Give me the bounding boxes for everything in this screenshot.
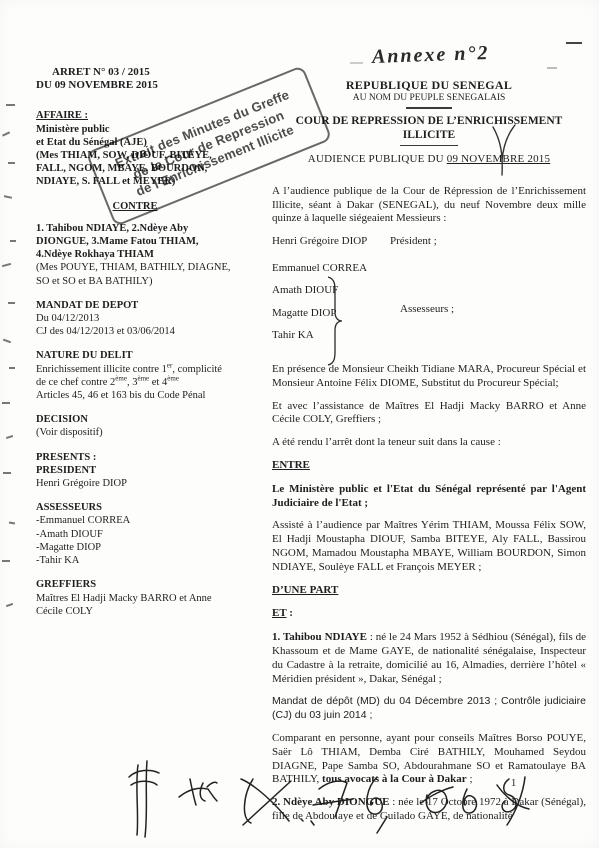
greffiers-heading: GREFFIERS	[36, 578, 234, 591]
paragraph-mandat: Mandat de dépôt (MD) du 04 Décembre 2013…	[272, 695, 586, 723]
nature-heading: NATURE DU DELIT	[36, 349, 234, 362]
scan-mark	[6, 603, 13, 607]
assesseur-name: -Amath DIOUF	[36, 528, 234, 541]
assessor-names: Emmanuel CORREA Amath DIOUF Magatte DIOP…	[272, 257, 586, 346]
scan-mark	[3, 472, 11, 474]
paragraph-assiste: Assisté à l’audience par Maîtres Yérim T…	[272, 519, 586, 574]
mandat-heading: MANDAT DE DEPOT	[36, 299, 234, 312]
scan-mark	[6, 435, 13, 439]
paragraph-ministere: Le Ministère public et l'Etat du Sénégal…	[272, 483, 586, 511]
scan-mark	[2, 560, 10, 562]
dune-part-heading: D’UNE PART	[272, 584, 586, 598]
main-column: REPUBLIQUE DU SENEGAL AU NOM DU PEUPLE S…	[272, 78, 586, 833]
scan-mark	[8, 302, 15, 304]
assessor-name: Amath DIOUF	[272, 279, 586, 301]
greffiers-names: Maîtres El Hadji Macky BARRO et Anne Céc…	[36, 592, 234, 618]
scan-mark	[566, 42, 582, 44]
nature-block: NATURE DU DELIT Enrichissement illicite …	[36, 349, 234, 402]
annex-note-handwritten: Annexe n°2	[372, 42, 490, 69]
assesseur-name: -Magatte DIOP	[36, 541, 234, 554]
assessor-name: Tahir KA	[272, 324, 586, 346]
greffiers-block: GREFFIERS Maîtres El Hadji Macky BARRO e…	[36, 578, 234, 618]
audience-heading: AUDIENCE PUBLIQUE DU 09 NOVEMBRE 2015	[272, 153, 586, 167]
assesseurs-heading: ASSESSEURS	[36, 501, 234, 514]
decision-block: DECISION (Voir dispositif)	[36, 413, 234, 439]
scan-mark	[3, 339, 11, 343]
president-name: Henri Grégoire DIOP	[272, 235, 367, 247]
republic-title: REPUBLIQUE DU SENEGAL	[272, 78, 586, 92]
scan-mark	[547, 67, 557, 69]
scan-mark	[2, 131, 10, 136]
scan-mark	[10, 240, 16, 242]
president-heading: PRESIDENT	[36, 464, 234, 477]
decision-heading: DECISION	[36, 413, 234, 426]
arret-block: ARRET N° 03 / 2015 DU 09 NOVEMBRE 2015	[36, 66, 234, 92]
scan-mark	[9, 521, 15, 524]
president-name: Henri Grégoire DIOP	[36, 477, 234, 490]
presents-block: PRESENTS : PRESIDENT Henri Grégoire DIOP	[36, 451, 234, 491]
arret-number: ARRET N° 03 / 2015	[36, 66, 234, 79]
defendants-list: 1. Tahibou NDIAYE, 2.Ndèye Aby DIONGUE, …	[36, 222, 234, 262]
mandat-block: MANDAT DE DEPOT Du 04/12/2013 CJ des 04/…	[36, 299, 234, 339]
separator-line	[406, 107, 452, 109]
paraphe-mark-icon	[486, 122, 520, 180]
presents-heading: PRESENTS :	[36, 451, 234, 464]
republic-motto: AU NOM DU PEUPLE SENEGALAIS	[272, 92, 586, 104]
nature-text: Enrichissement illicite contre 1er, comp…	[36, 363, 234, 389]
scan-mark	[2, 402, 10, 404]
scan-mark	[6, 104, 15, 106]
president-row: Henri Grégoire DIOP Président ;	[272, 235, 586, 249]
arret-date: DU 09 NOVEMBRE 2015	[36, 79, 234, 92]
et-heading: ET :	[272, 607, 586, 621]
scan-mark	[2, 263, 11, 267]
scan-mark	[9, 367, 15, 369]
curly-brace-icon	[326, 275, 344, 367]
paragraph-defendant-1: 1. Tahibou NDIAYE : né le 24 Mars 1952 à…	[272, 631, 586, 686]
paragraph-audience: A l’audience publique de la Cour de Répr…	[272, 185, 586, 226]
assesseur-name: -Emmanuel CORREA	[36, 514, 234, 527]
articles-text: Articles 45, 46 et 163 bis du Code Pénal	[36, 389, 234, 402]
paragraph-presence: En présence de Monsieur Cheikh Tidiane M…	[272, 363, 586, 391]
assessors-role: Assesseurs ;	[400, 303, 454, 317]
president-role: Président ;	[390, 235, 437, 249]
separator-line	[400, 145, 458, 147]
assessors-block: Emmanuel CORREA Amath DIOUF Magatte DIOP…	[272, 257, 586, 357]
defense-counsel: (Mes POUYE, THIAM, BATHILY, DIAGNE, SO e…	[36, 261, 234, 287]
signature-marks	[95, 755, 575, 845]
mandat-line: Du 04/12/2013	[36, 312, 234, 325]
assessor-name: Emmanuel CORREA	[272, 257, 586, 279]
entre-heading: ENTRE	[272, 459, 586, 473]
paragraph-greffiers: Et avec l’assistance de Maîtres El Hadji…	[272, 400, 586, 428]
scan-mark	[350, 62, 363, 64]
paragraph-rendu: A été rendu l’arrêt dont la teneur suit …	[272, 436, 586, 450]
scan-mark	[8, 162, 15, 164]
assesseurs-block: ASSESSEURS -Emmanuel CORREA -Amath DIOUF…	[36, 501, 234, 567]
scan-mark	[4, 195, 12, 198]
scanned-judgment-page: Annexe n°2 Extrait des Minutes du Greffe…	[0, 0, 599, 848]
decision-value: (Voir dispositif)	[36, 426, 234, 439]
assesseur-name: -Tahir KA	[36, 554, 234, 567]
mandat-line: CJ des 04/12/2013 et 03/06/2014	[36, 325, 234, 338]
